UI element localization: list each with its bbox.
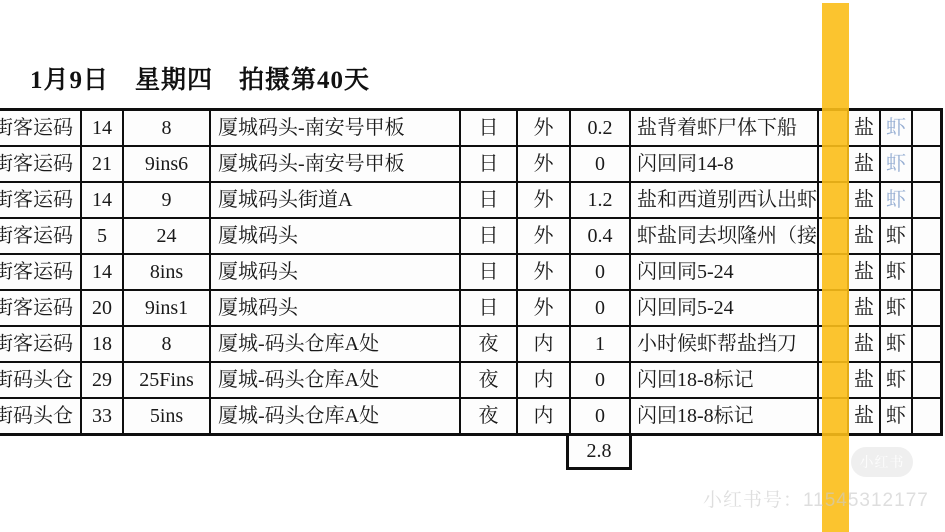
cell-shot: 24 xyxy=(124,219,209,253)
cell-location: 街客运码 xyxy=(0,327,80,361)
cell-pages: 0 xyxy=(571,255,629,289)
cell-shot: 25Fins xyxy=(124,363,209,397)
cell-cast1: 盐 xyxy=(849,219,879,253)
cell-int-ext: 内 xyxy=(518,327,569,361)
cell-empty xyxy=(913,327,940,361)
cell-scene: 5 xyxy=(82,219,122,253)
cell-set: 厦城码头 xyxy=(211,255,459,289)
cell-scene: 33 xyxy=(82,399,122,433)
cell-cast1: 盐 xyxy=(849,363,879,397)
cell-day-night: 日 xyxy=(461,147,516,181)
cell-day-night: 日 xyxy=(461,183,516,217)
cell-cast1: 盐 xyxy=(849,399,879,433)
cell-pages: 0 xyxy=(571,147,629,181)
cell-synopsis: 小时候虾帮盐挡刀 xyxy=(631,327,817,361)
cell-set: 厦城码头-南安号甲板 xyxy=(211,147,459,181)
cell-cast2: 虾 xyxy=(881,219,911,253)
cell-set: 厦城码头-南安号甲板 xyxy=(211,111,459,145)
cell-pages: 1.2 xyxy=(571,183,629,217)
cell-cast1: 盐 xyxy=(849,291,879,325)
cell-int-ext: 内 xyxy=(518,399,569,433)
cell-scene: 20 xyxy=(82,291,122,325)
cell-scene: 21 xyxy=(82,147,122,181)
cell-pages: 1 xyxy=(571,327,629,361)
schedule-table: 街客运码 14 8 厦城码头-南安号甲板 日 外 0.2 盐背着虾尸体下船 盐 … xyxy=(0,108,943,436)
cell-set: 厦城-码头仓库A处 xyxy=(211,363,459,397)
cell-location: 街客运码 xyxy=(0,255,80,289)
cell-set: 厦城码头街道A xyxy=(211,183,459,217)
cell-set: 厦城码头 xyxy=(211,219,459,253)
cell-int-ext: 外 xyxy=(518,183,569,217)
cell-location: 街客运码 xyxy=(0,183,80,217)
cell-int-ext: 外 xyxy=(518,291,569,325)
cell-location: 街客运码 xyxy=(0,291,80,325)
cell-day-night: 夜 xyxy=(461,399,516,433)
cell-location: 街客运码 xyxy=(0,147,80,181)
cell-synopsis: 闪回同5-24 xyxy=(631,255,817,289)
page-title: 1月9日 星期四 拍摄第40天 xyxy=(30,60,370,96)
cell-cast2: 虾 xyxy=(881,255,911,289)
cell-synopsis: 虾盐同去坝隆州（接一— xyxy=(631,219,817,253)
cell-set: 厦城码头 xyxy=(211,291,459,325)
cell-cast1: 盐 xyxy=(849,111,879,145)
cell-day-night: 日 xyxy=(461,255,516,289)
cell-day-night: 夜 xyxy=(461,327,516,361)
cell-empty xyxy=(913,255,940,289)
cell-shot: 9ins1 xyxy=(124,291,209,325)
cell-day-night: 夜 xyxy=(461,363,516,397)
cell-scene: 18 xyxy=(82,327,122,361)
cell-cast2: 虾 xyxy=(881,147,911,181)
cell-location: 街码头仓 xyxy=(0,363,80,397)
highlight-bar xyxy=(822,3,849,532)
cell-shot: 9ins6 xyxy=(124,147,209,181)
total-pages-cell: 2.8 xyxy=(566,433,632,470)
cell-cast1: 盐 xyxy=(849,147,879,181)
cell-int-ext: 外 xyxy=(518,255,569,289)
cell-empty xyxy=(913,147,940,181)
cell-empty xyxy=(913,363,940,397)
cell-scene: 14 xyxy=(82,183,122,217)
watermark-badge: 小红书 xyxy=(851,447,913,477)
cell-shot: 5ins xyxy=(124,399,209,433)
cell-scene: 14 xyxy=(82,255,122,289)
cell-cast2: 虾 xyxy=(881,183,911,217)
cell-pages: 0.4 xyxy=(571,219,629,253)
cell-shot: 9 xyxy=(124,183,209,217)
cell-day-night: 日 xyxy=(461,291,516,325)
cell-pages: 0 xyxy=(571,291,629,325)
cell-cast2: 虾 xyxy=(881,327,911,361)
cell-empty xyxy=(913,291,940,325)
cell-scene: 14 xyxy=(82,111,122,145)
cell-set: 厦城-码头仓库A处 xyxy=(211,327,459,361)
cell-day-night: 日 xyxy=(461,111,516,145)
cell-pages: 0 xyxy=(571,399,629,433)
cell-location: 街客运码 xyxy=(0,111,80,145)
cell-synopsis: 闪回同14-8 xyxy=(631,147,817,181)
cell-synopsis: 盐和西道别西认出虾 xyxy=(631,183,817,217)
cell-cast1: 盐 xyxy=(849,327,879,361)
cell-pages: 0 xyxy=(571,363,629,397)
cell-synopsis: 闪回18-8标记 xyxy=(631,363,817,397)
cell-location: 街客运码 xyxy=(0,219,80,253)
cell-shot: 8ins xyxy=(124,255,209,289)
watermark-id: 小红书号：11545312177 xyxy=(703,485,929,512)
cell-cast1: 盐 xyxy=(849,183,879,217)
cell-empty xyxy=(913,183,940,217)
cell-int-ext: 外 xyxy=(518,219,569,253)
cell-cast1: 盐 xyxy=(849,255,879,289)
cell-cast2: 虾 xyxy=(881,363,911,397)
cell-synopsis: 闪回18-8标记 xyxy=(631,399,817,433)
cell-cast2: 虾 xyxy=(881,111,911,145)
cell-shot: 8 xyxy=(124,327,209,361)
cell-int-ext: 内 xyxy=(518,363,569,397)
cell-empty xyxy=(913,219,940,253)
cell-cast2: 虾 xyxy=(881,291,911,325)
cell-empty xyxy=(913,111,940,145)
cell-synopsis: 闪回同5-24 xyxy=(631,291,817,325)
cell-pages: 0.2 xyxy=(571,111,629,145)
cell-empty xyxy=(913,399,940,433)
cell-int-ext: 外 xyxy=(518,147,569,181)
cell-cast2: 虾 xyxy=(881,399,911,433)
cell-shot: 8 xyxy=(124,111,209,145)
cell-synopsis: 盐背着虾尸体下船 xyxy=(631,111,817,145)
cell-scene: 29 xyxy=(82,363,122,397)
cell-int-ext: 外 xyxy=(518,111,569,145)
cell-day-night: 日 xyxy=(461,219,516,253)
cell-location: 街码头仓 xyxy=(0,399,80,433)
cell-set: 厦城-码头仓库A处 xyxy=(211,399,459,433)
